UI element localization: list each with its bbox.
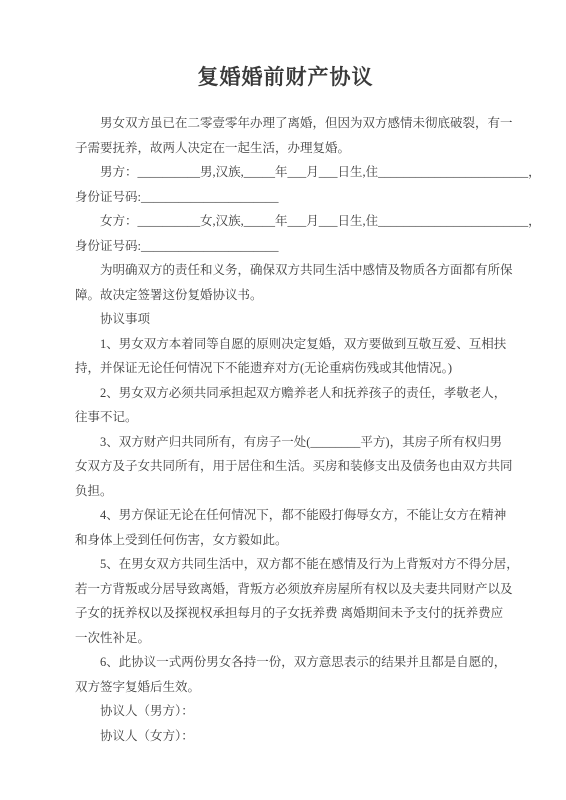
item-4-line-2: 和身体上受到任何伤害，女方毅如此。 xyxy=(75,528,514,553)
item-6-line-1: 6、此协议一式两份男女各持一份，双方意思表示的结果并且都是自愿的， xyxy=(75,650,514,675)
item-4-line-1: 4、男方保证无论在任何情况下，都不能殴打侮辱女方，不能让女方在精神 xyxy=(75,503,514,528)
party-male-line: 男方：__________男,汉族,_____年___月___日生,住_____… xyxy=(75,160,514,185)
purpose-line-2: 障。故决定签署这份复婚协议书。 xyxy=(75,283,514,308)
intro-line-1: 男女双方虽已在二零壹零年办理了离婚，但因为双方感情未彻底破裂，有一 xyxy=(75,111,514,136)
intro-line-2: 子需要抚养，故两人决定在一起生活，办理复婚。 xyxy=(75,136,514,161)
document-page: 复婚婚前财产协议 男女双方虽已在二零壹零年办理了离婚，但因为双方感情未彻底破裂，… xyxy=(0,0,566,800)
item-1-line-1: 1、男女双方本着同等自愿的原则决定复婚，双方要做到互敬互爱、互相扶 xyxy=(75,332,514,357)
item-3-line-1: 3、双方财产归共同所有，有房子一处(________平方)，其房子所有权归男 xyxy=(75,430,514,455)
document-title: 复婚婚前财产协议 xyxy=(57,64,514,90)
item-6-line-2: 双方签字复婚后生效。 xyxy=(75,675,514,700)
item-1-line-2: 持，并保证无论任何情况下不能遗弃对方(无论重病伤残或其他情况。) xyxy=(75,356,514,381)
items-heading: 协议事项 xyxy=(75,307,514,332)
document-body: 男女双方虽已在二零壹零年办理了离婚，但因为双方感情未彻底破裂，有一子需要抚养，故… xyxy=(75,111,514,748)
signature-female-line: 协议人（女方）： xyxy=(75,724,514,749)
item-3-line-3: 负担。 xyxy=(75,479,514,504)
party-male-id-line: 身份证号码:______________________ xyxy=(75,185,514,210)
item-2-line-2: 往事不记。 xyxy=(75,405,514,430)
item-5-line-2: 若一方背叛或分居导致离婚，背叛方必须放弃房屋所有权以及夫妻共同财产以及 xyxy=(75,577,514,602)
item-3-line-2: 女双方及子女共同所有，用于居住和生活。买房和装修支出及债务也由双方共同 xyxy=(75,454,514,479)
item-5-line-4: 一次性补足。 xyxy=(75,626,514,651)
item-5-line-3: 子女的抚养权以及探视权承担每月的子女抚养费 离婚期间未予支付的抚养费应 xyxy=(75,601,514,626)
party-female-id-line: 身份证号码:______________________ xyxy=(75,234,514,259)
item-5-line-1: 5、在男女双方共同生活中，双方都不能在感情及行为上背叛对方不得分居， xyxy=(75,552,514,577)
item-2-line-1: 2、男女双方必须共同承担起双方赡养老人和抚养孩子的责任，孝敬老人， xyxy=(75,381,514,406)
party-female-line: 女方：__________女,汉族,_____年___月___日生,住_____… xyxy=(75,209,514,234)
purpose-line-1: 为明确双方的责任和义务，确保双方共同生活中感情及物质各方面都有所保 xyxy=(75,258,514,283)
signature-male-line: 协议人（男方）： xyxy=(75,699,514,724)
